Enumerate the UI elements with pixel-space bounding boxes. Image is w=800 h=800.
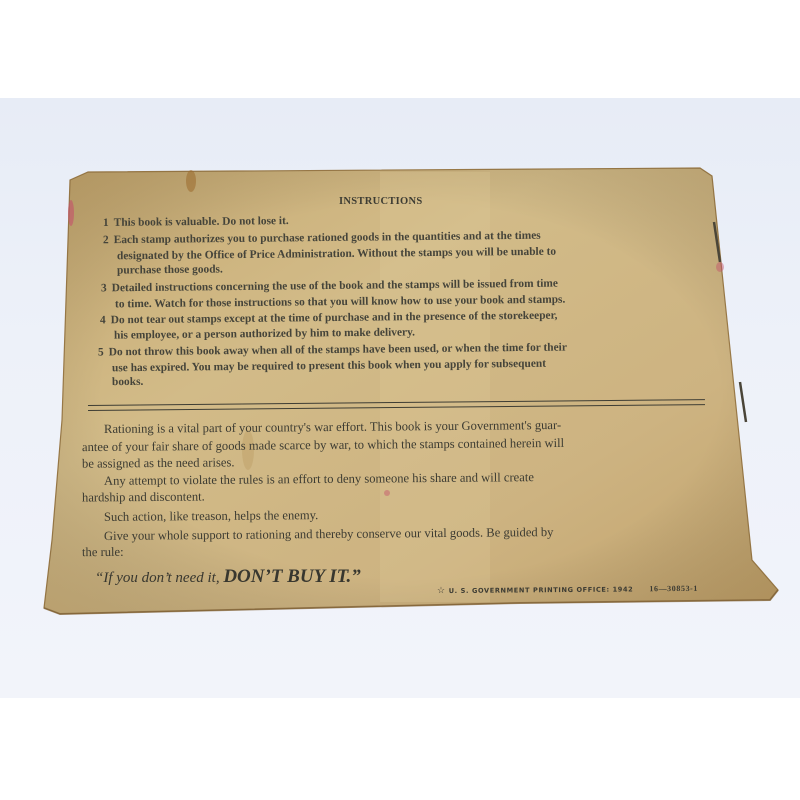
instruction-number: 5	[98, 346, 104, 358]
double-rule-divider	[88, 399, 705, 411]
instruction-line: use has expired. You may be required to …	[112, 356, 546, 377]
slogan: “If you don’t need it, DON’T BUY IT.”	[95, 566, 361, 588]
paragraph-line: be assigned as the need arises.	[82, 453, 235, 472]
printing-office-imprint: ☆U. S. GOVERNMENT PRINTING OFFICE: 19421…	[437, 584, 698, 596]
imprint-text: U. S. GOVERNMENT PRINTING OFFICE: 1942	[449, 585, 634, 595]
instruction-number: 4	[100, 314, 106, 326]
instruction-text: Do not tear out stamps except at the tim…	[111, 310, 558, 327]
instruction-text: purchase those goods.	[117, 263, 223, 276]
slogan-emphasis: DON’T BUY IT.”	[223, 566, 360, 587]
paragraph-line: antee of your fair share of goods made s…	[82, 434, 564, 456]
instruction-number: 2	[103, 234, 109, 246]
paragraph-line: the rule:	[82, 543, 124, 561]
instruction-number: 1	[103, 217, 109, 229]
instruction-text: books.	[112, 376, 143, 388]
paragraph-line: hardship and discontent.	[82, 487, 205, 506]
printed-text: INSTRUCTIONS 1This book is valuable. Do …	[0, 0, 800, 800]
instruction-text: use has expired. You may be required to …	[112, 358, 546, 375]
paragraph-line: Such action, like treason, helps the ene…	[104, 506, 318, 526]
form-code: 16—30853-1	[649, 584, 698, 593]
paragraph-line: Any attempt to violate the rules is an e…	[104, 468, 534, 490]
instruction-text: designated by the Office of Price Admini…	[117, 246, 556, 263]
instruction-line: 1This book is valuable. Do not lose it.	[103, 213, 289, 231]
instruction-line: purchase those goods.	[117, 261, 223, 278]
paragraph-line: Give your whole support to rationing and…	[104, 523, 554, 545]
instruction-number: 3	[101, 282, 107, 294]
slogan-prefix: “If you don’t need it,	[95, 570, 223, 586]
instruction-text: This book is valuable. Do not lose it.	[114, 215, 289, 229]
instruction-line: books.	[112, 374, 144, 390]
star-icon: ☆	[437, 586, 446, 596]
photo: INSTRUCTIONS 1This book is valuable. Do …	[0, 0, 800, 800]
instruction-text: his employee, or a person authorized by …	[114, 326, 415, 341]
instructions-title: INSTRUCTIONS	[339, 196, 423, 207]
